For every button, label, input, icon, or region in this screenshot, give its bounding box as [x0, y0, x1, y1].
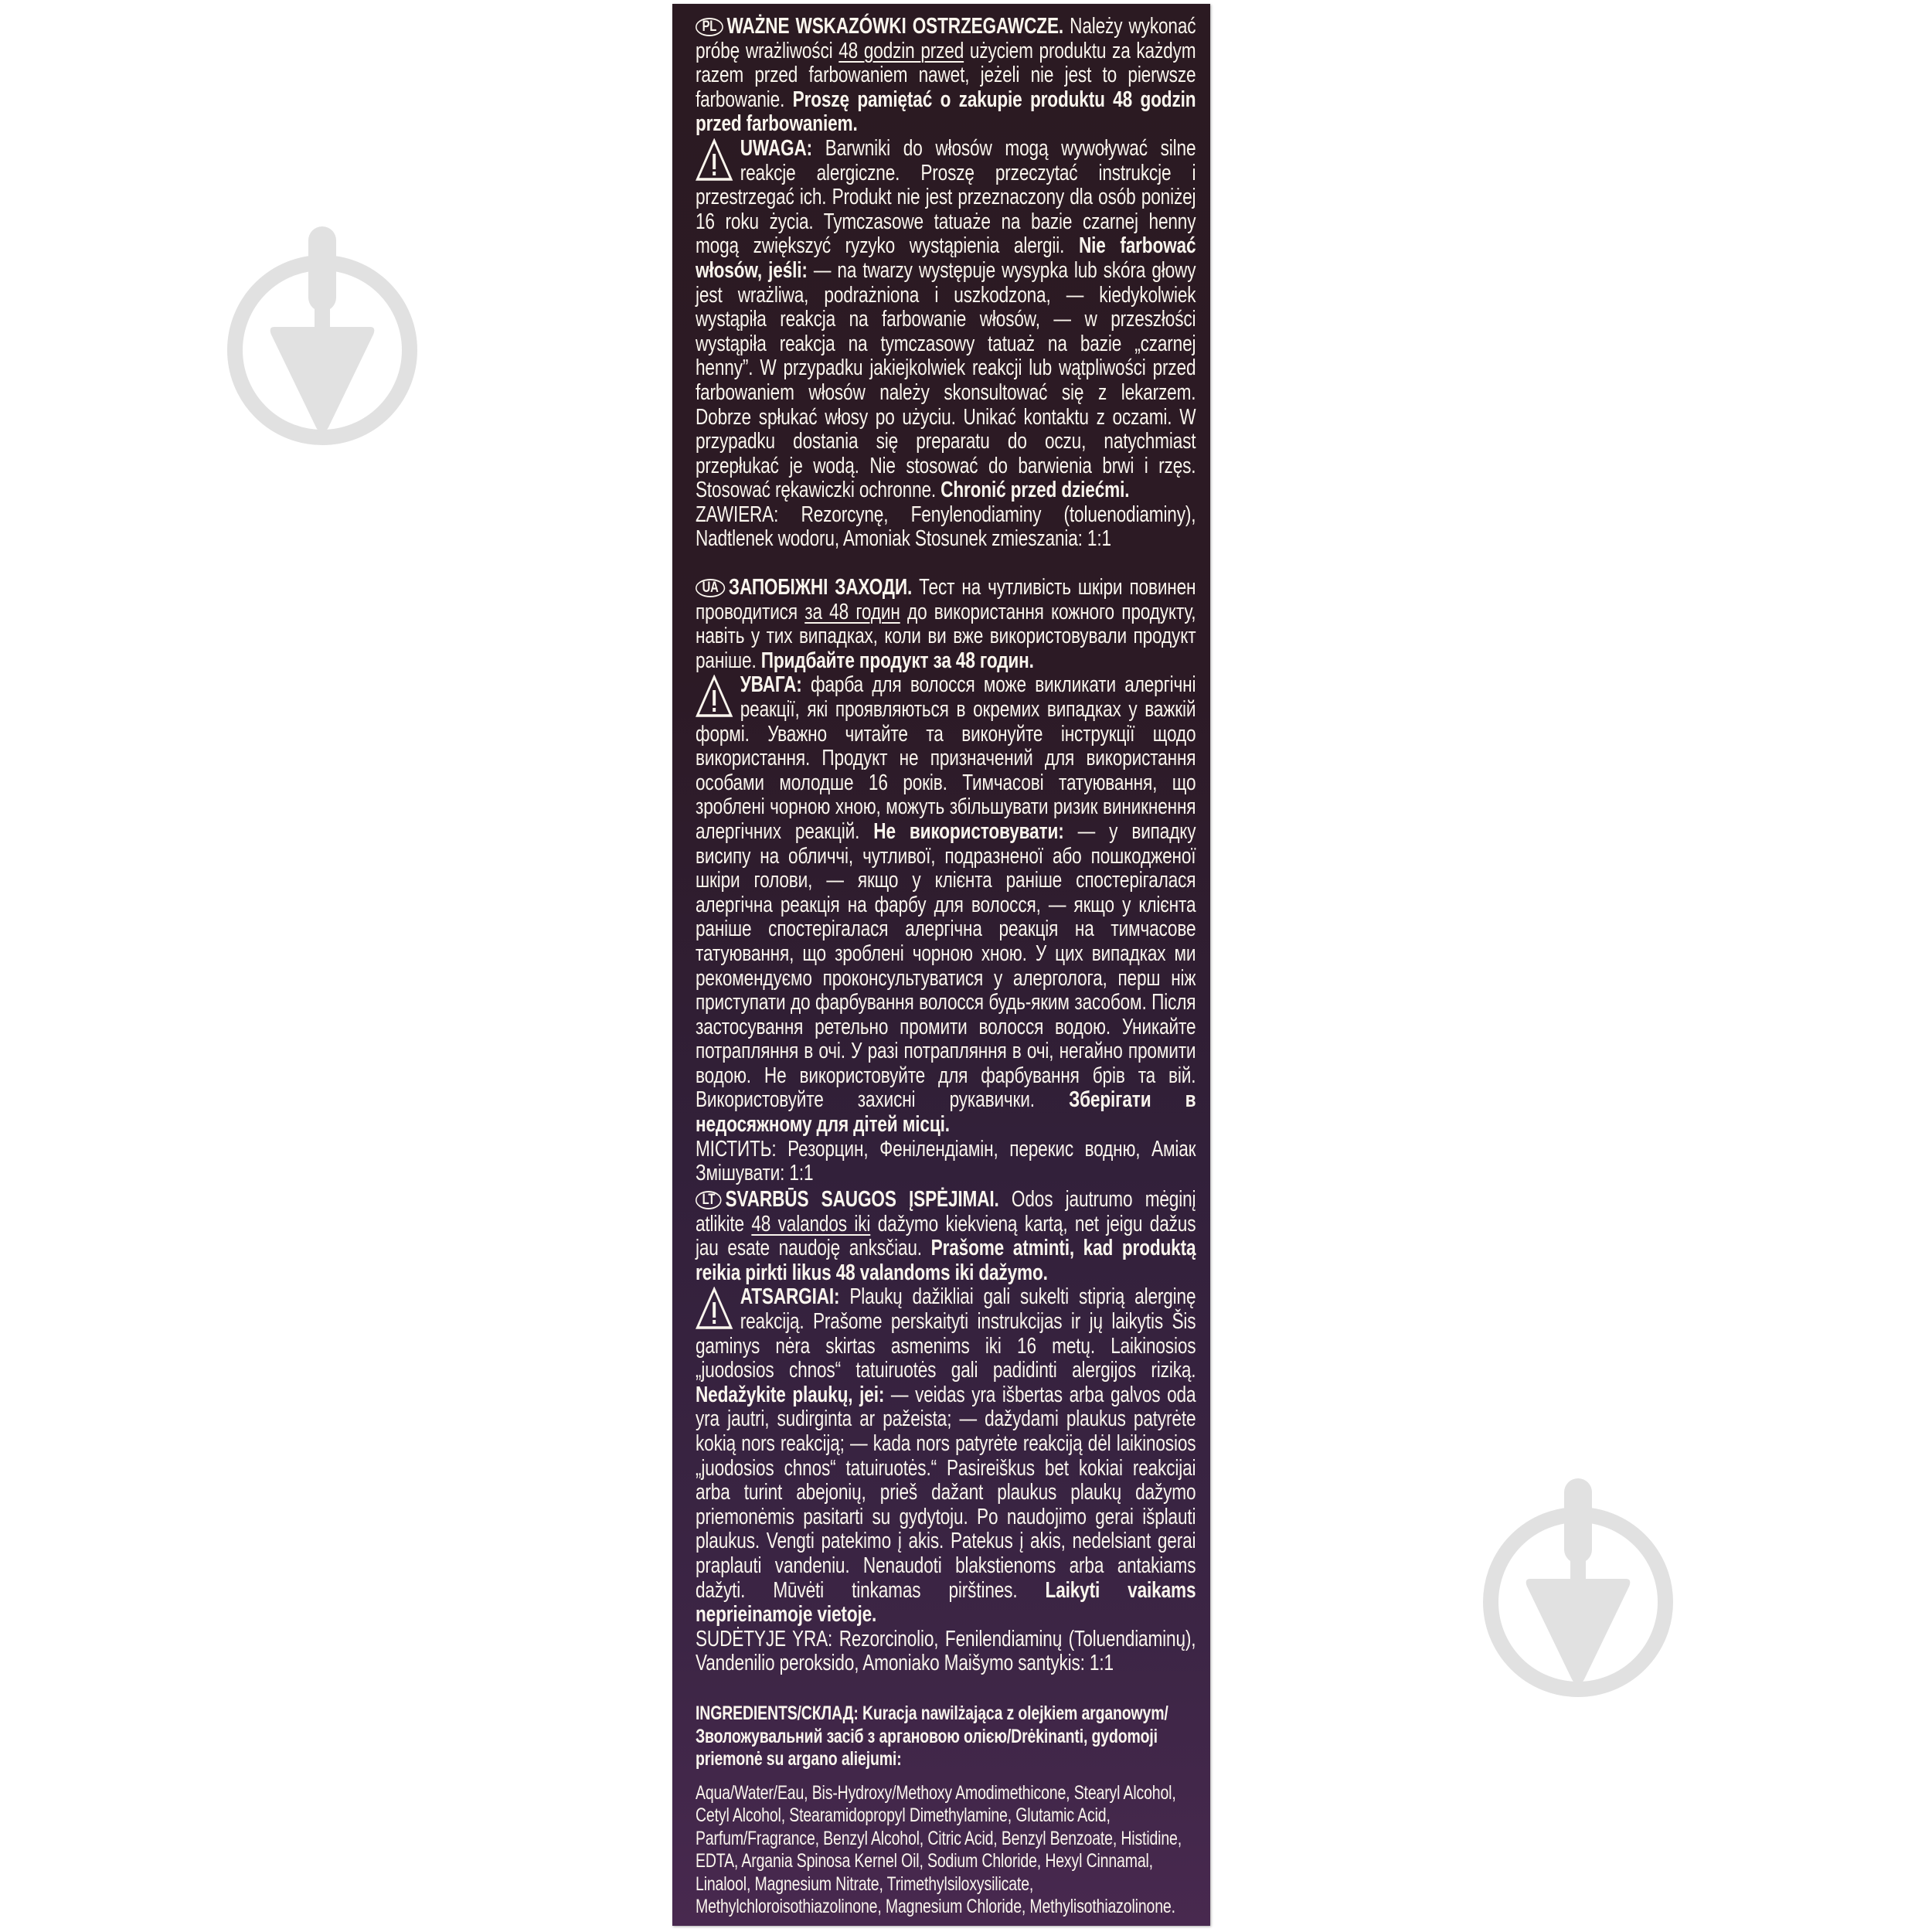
lt-warning-text-2: — veidas yra išbertas arba galvos oda yr…	[696, 1383, 1196, 1603]
ua-contains: МІСТИТЬ: Резорцин, Фенілендіамін, переки…	[696, 1138, 1196, 1186]
pl-warning: UWAGA: Barwniki do włosów mogą wywoływać…	[696, 137, 1196, 503]
warning-triangle-icon	[696, 138, 733, 182]
ua-intro-bold: Придбайте продукт за 48 годин.	[761, 648, 1034, 673]
ua-warning: УВАГА: фарба для волосся може викликати …	[696, 673, 1196, 1137]
ua-warning-bold: Не використовувати:	[873, 819, 1063, 844]
trowel-in-circle-icon	[1478, 1472, 1679, 1704]
product-label-panel: PLWAŻNE WSKAZÓWKI OSTRZEGAWCZE. Należy w…	[672, 4, 1210, 1926]
pl-contains: ZAWIERA: Rezorcynę, Fenylenodiaminy (tol…	[696, 503, 1196, 552]
section-ua: UAЗАПОБІЖНІ ЗАХОДИ. Тест на чутливість ш…	[696, 576, 1337, 1186]
ua-intro-underlined: за 48 годин	[804, 600, 900, 624]
ua-warning-label: УВАГА:	[740, 672, 802, 697]
lt-warning-label: ATSARGIAI:	[740, 1284, 840, 1309]
pl-intro-underlined: 48 godzin przed	[838, 39, 964, 63]
ingredients-list: Aqua/Water/Eau, Bis-Hydroxy/Methoxy Amod…	[696, 1782, 1196, 1919]
ua-warning-text-2: — у випадку висипу на обличчі, чутливої,…	[696, 819, 1196, 1113]
lt-heading: SVARBŪS SAUGOS ĮSPĖJIMAI.	[726, 1187, 999, 1212]
pl-warning-bold-end: Chronić przed dziećmi.	[940, 478, 1129, 502]
warning-triangle-icon	[696, 1287, 733, 1330]
lt-warning: ATSARGIAI: Plaukų dažikliai gali sukelti…	[696, 1285, 1196, 1627]
lt-warning-bold: Nedažykite plaukų, jei:	[696, 1383, 884, 1407]
pl-warning-label: UWAGA:	[740, 136, 812, 161]
trowel-in-circle-icon	[222, 220, 423, 452]
lang-badge-ua: UA	[696, 579, 725, 597]
pl-heading: WAŻNE WSKAZÓWKI OSTRZEGAWCZE.	[726, 14, 1063, 39]
ua-heading: ЗАПОБІЖНІ ЗАХОДИ.	[729, 575, 912, 600]
lang-badge-lt: LT	[696, 1191, 722, 1209]
ingredients-heading: INGREDIENTS/СКЛАД: Kuracja nawilżająca z…	[696, 1702, 1196, 1771]
pl-intro: PLWAŻNE WSKAZÓWKI OSTRZEGAWCZE. Należy w…	[696, 15, 1196, 137]
section-ingredients: INGREDIENTS/СКЛАД: Kuracja nawilżająca z…	[696, 1702, 1337, 1919]
section-pl: PLWAŻNE WSKAZÓWKI OSTRZEGAWCZE. Należy w…	[696, 15, 1337, 552]
lang-badge-pl: PL	[696, 18, 723, 36]
ua-intro: UAЗАПОБІЖНІ ЗАХОДИ. Тест на чутливість ш…	[696, 576, 1196, 673]
warning-triangle-icon	[696, 675, 733, 718]
lt-intro: LTSVARBŪS SAUGOS ĮSPĖJIMAI. Odos jautrum…	[696, 1188, 1196, 1285]
pl-warning-text-2: — na twarzy występuje wysypka lub skóra …	[696, 258, 1196, 502]
lt-contains: SUDĖTYJE YRA: Rezorcinolio, Fenilendiami…	[696, 1628, 1196, 1676]
section-lt: LTSVARBŪS SAUGOS ĮSPĖJIMAI. Odos jautrum…	[696, 1188, 1337, 1676]
ua-warning-text: фарба для волосся може викликати алергіч…	[696, 672, 1196, 844]
lt-intro-underlined: 48 valandos iki	[751, 1212, 870, 1236]
